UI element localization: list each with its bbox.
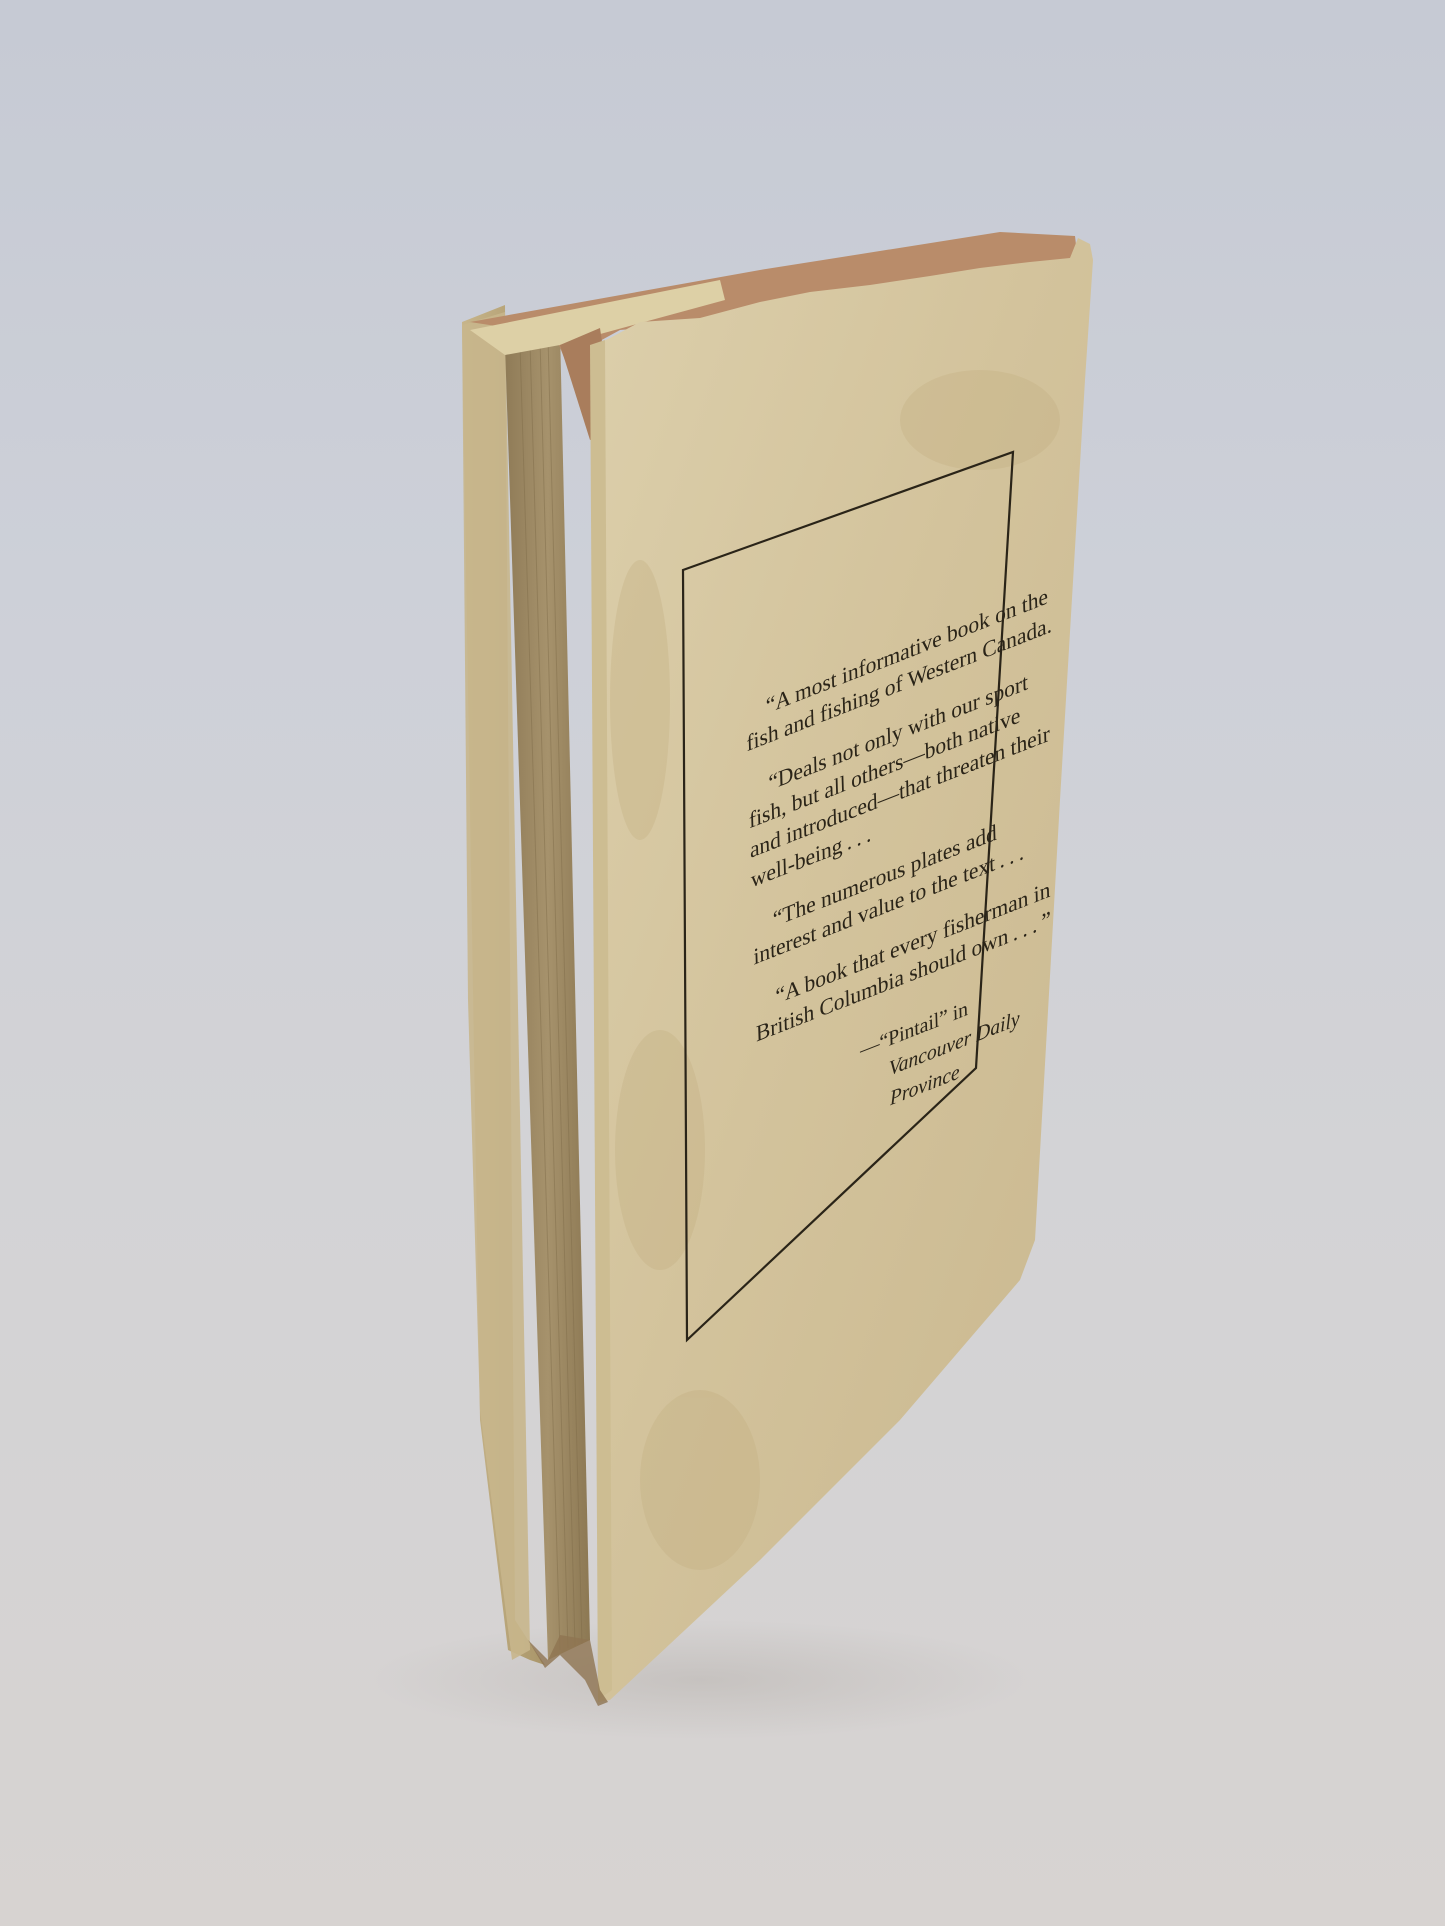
book-illustration [0,0,1445,1926]
floor-shadow [370,1620,1030,1740]
product-photo: “A most informative book on the fish and… [0,0,1445,1926]
